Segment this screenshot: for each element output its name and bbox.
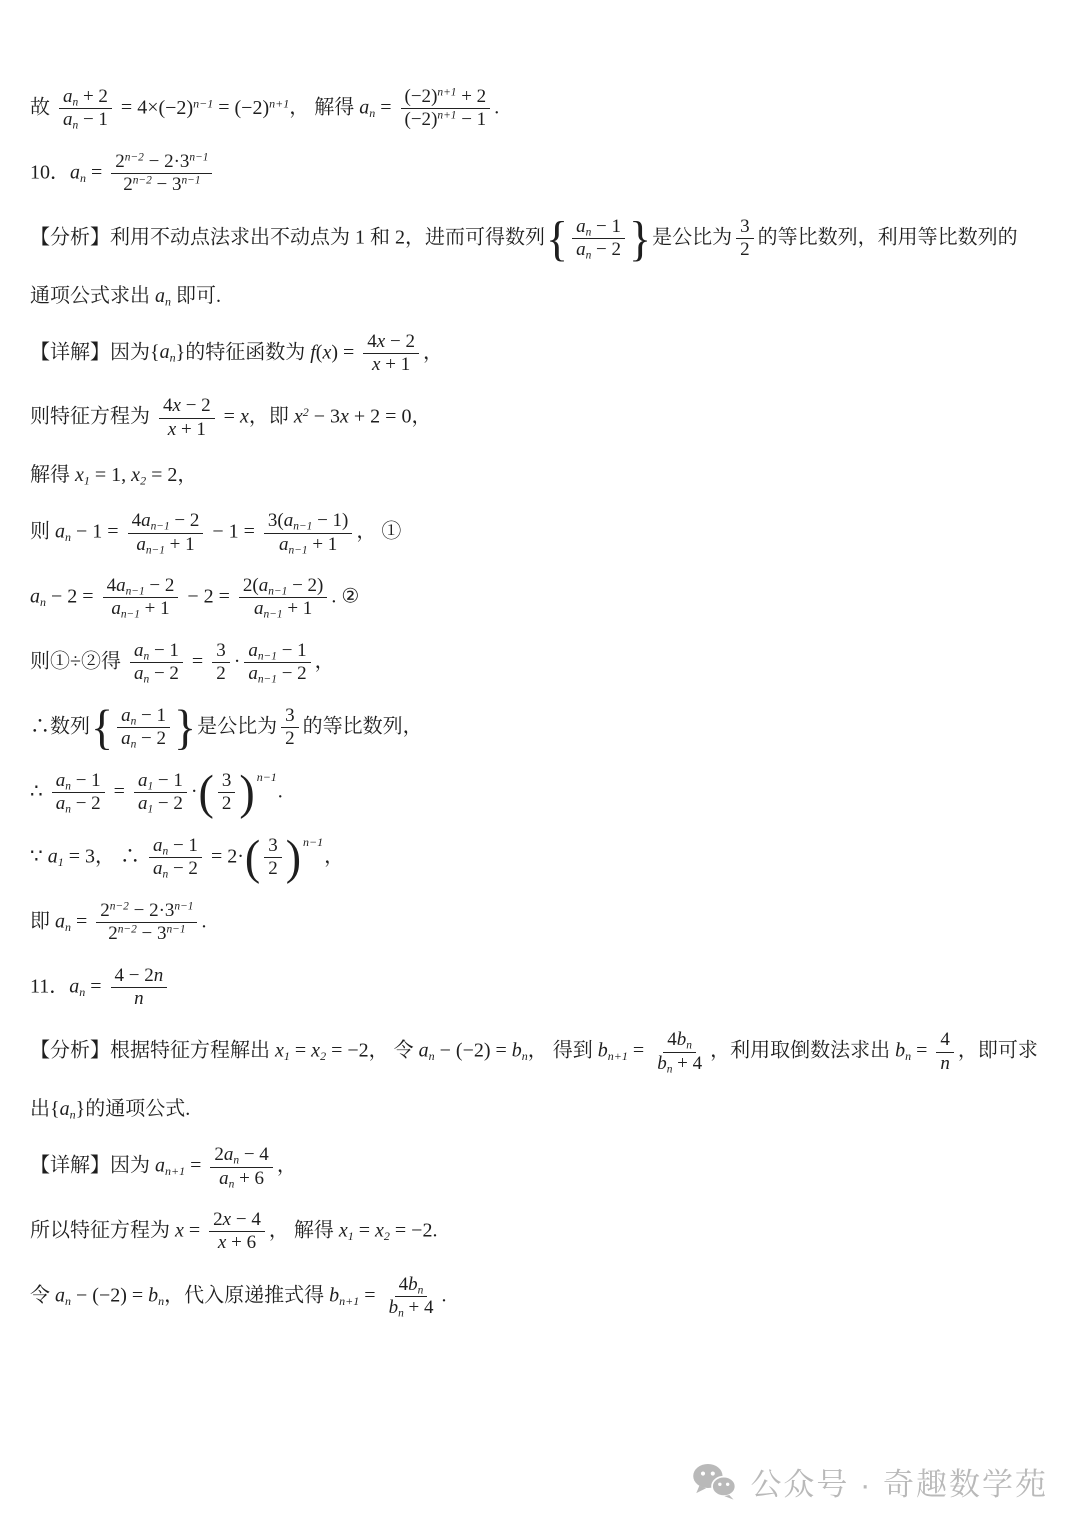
wechat-icon — [692, 1463, 736, 1500]
math-paragraph-10: ∴数列{an − 1an − 2}是公比为32的等比数列， — [30, 705, 1054, 751]
math-paragraph-2: 【分析】利用不动点法求出不动点为 1 和 2，进而可得数列{an − 1an −… — [30, 216, 1054, 262]
math-paragraph-7: 则 an − 1 = 4an−1 − 2an−1 + 1 − 1 = 3(an−… — [30, 510, 1054, 556]
math-paragraph-4: 【详解】因为{an}的特征函数为 f(x) = 4x − 2x + 1， — [30, 331, 1054, 377]
math-paragraph-18: 所以特征方程为 x = 2x − 4x + 6， 解得 x1 = x2 = −2… — [30, 1209, 1054, 1255]
math-paragraph-3: 通项公式求出 an 即可. — [30, 281, 1054, 312]
math-paragraph-12: ∵ a1 = 3， ∴ an − 1an − 2 = 2·(32)n−1， — [30, 835, 1054, 881]
math-paragraph-0: 故 an + 2an − 1 = 4×(−2)n−1 = (−2)n+1， 解得… — [30, 86, 1054, 132]
math-paragraph-11: ∴ an − 1an − 2 = a1 − 1a1 − 2·(32)n−1. — [30, 770, 1054, 816]
math-paragraph-8: an − 2 = 4an−1 − 2an−1 + 1 − 2 = 2(an−1 … — [30, 575, 1054, 621]
math-paragraph-13: 即 an = 2n−2 − 2·3n−12n−2 − 3n−1. — [30, 900, 1054, 946]
math-paragraph-5: 则特征方程为 4x − 2x + 1 = x，即 x2 − 3x + 2 = 0… — [30, 395, 1054, 441]
math-paragraph-16: 出{an}的通项公式. — [30, 1094, 1054, 1125]
math-paragraph-17: 【详解】因为 an+1 = 2an − 4an + 6， — [30, 1144, 1054, 1190]
math-paragraph-1: 10．an = 2n−2 − 2·3n−12n−2 − 3n−1 — [30, 151, 1054, 197]
math-paragraph-19: 令 an − (−2) = bn，代入原递推式得 bn+1 = 4bnbn + … — [30, 1274, 1054, 1320]
math-paragraph-14: 11．an = 4 − 2nn — [30, 965, 1054, 1011]
solution-content: 故 an + 2an − 1 = 4×(−2)n−1 = (−2)n+1， 解得… — [0, 0, 1080, 1320]
watermark-label: 公众号 · 奇趣数学苑 — [750, 1459, 1048, 1504]
math-paragraph-6: 解得 x1 = 1, x2 = 2， — [30, 460, 1054, 491]
math-paragraph-9: 则①÷②得 an − 1an − 2 = 32·an−1 − 1an−1 − 2… — [30, 640, 1054, 686]
wechat-watermark: 公众号 · 奇趣数学苑 — [692, 1459, 1048, 1504]
math-paragraph-15: 【分析】根据特征方程解出 x1 = x2 = −2， 令 an − (−2) =… — [30, 1029, 1054, 1075]
